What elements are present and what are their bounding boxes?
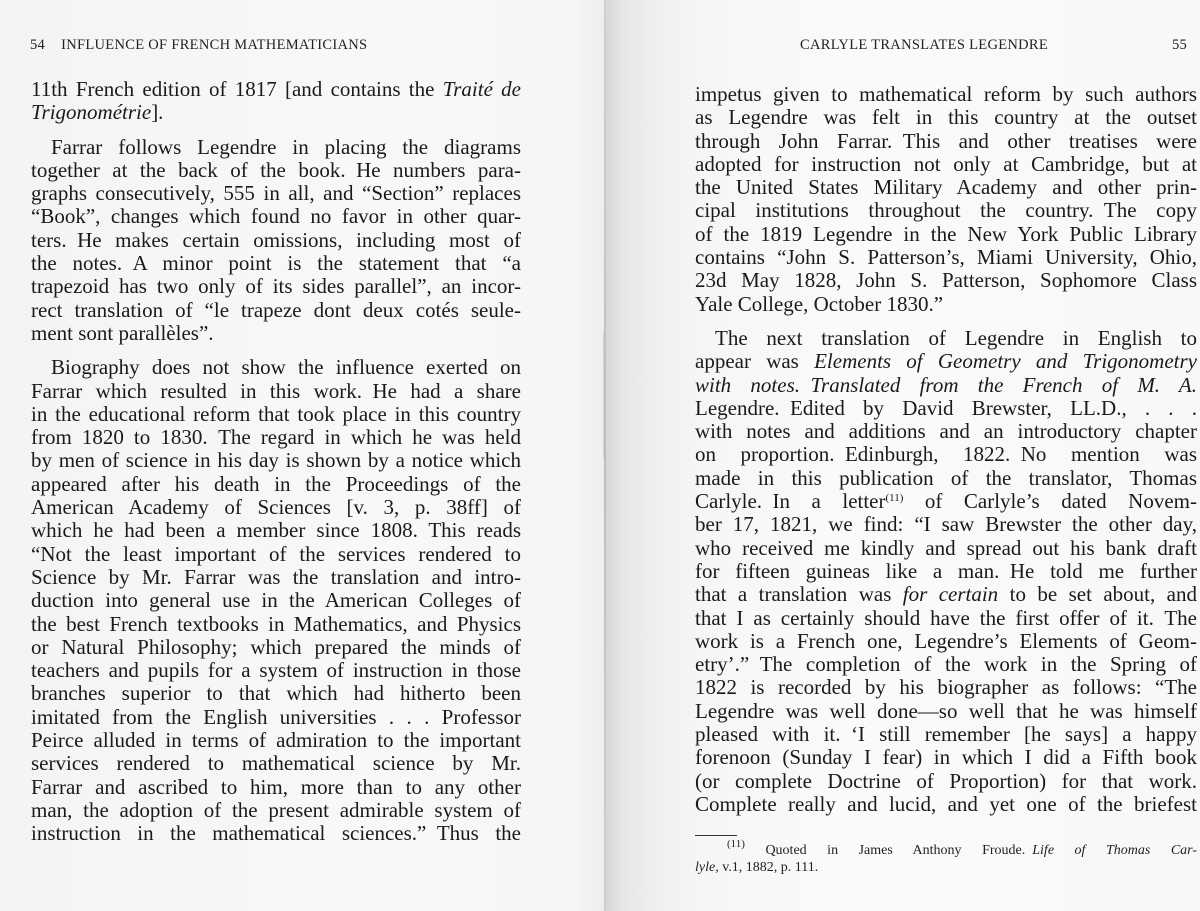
text-line: together at the back of the book. He num… [31,159,521,182]
text-line: “Book”, changes which found no favor in … [31,205,521,228]
page-number: 55 [1172,37,1187,54]
text-line: Trigonométrie]. [31,101,521,124]
text-line: graphs consecutively, 555 in all, and “S… [31,182,521,205]
text-line: Peirce alluded in terms of admiration to… [31,729,521,752]
text-line: appeared after his death in the Proceedi… [31,473,521,496]
text-line: instruction in the mathematical sciences… [31,822,521,845]
text-line: 11th French edition of 1817 [and contain… [31,78,521,101]
text-line: teachers and pupils for a system of inst… [31,659,521,682]
text-line: Carlyle. In a letter(11) of Carlyle’s da… [695,490,1197,513]
text-line: Biography does not show the influence ex… [31,356,521,379]
running-head-title: INFLUENCE OF FRENCH MATHEMATICIANS [61,37,367,53]
text-line: trapezoid has two only of its sides para… [31,275,521,298]
running-head-title: CARLYLE TRANSLATES LEGENDRE [800,37,1048,53]
footnote-line: lyle, v.1, 1882, p. 111. [695,859,1197,876]
right-body-text: impetus given to mathematical reform by … [695,83,1197,827]
binding-crease [603,330,608,460]
paragraph: Farrar follows Legendre in placing the d… [31,136,521,346]
footnote-reference: (11) [727,838,745,850]
left-body-text: 11th French edition of 1817 [and contain… [31,78,521,857]
text-line: ment sont parallèles”. [31,322,521,345]
page-number: 54 [30,37,45,53]
text-line: made in this publication of the translat… [695,467,1197,490]
text-line: Complete really and lucid, and yet one o… [695,793,1197,816]
text-line: Legendre. Edited by David Brewster, LL.D… [695,397,1197,420]
text-line: cipal institutions throughout the countr… [695,199,1197,222]
italic-text: Elements of Geometry and Trigonometry [814,349,1197,373]
text-line: Yale College, October 1830.” [695,293,1197,316]
left-running-head: 54INFLUENCE OF FRENCH MATHEMATICIANS [30,37,367,54]
text-line: that I as certainly should have the firs… [695,607,1197,630]
text-line: Science by Mr. Farrar was the translatio… [31,566,521,589]
text-line: Farrar which resulted in this work. He h… [31,380,521,403]
text-line: etry’.” The completion of the work in th… [695,653,1197,676]
paragraph: Biography does not show the influence ex… [31,356,521,845]
left-page: 54INFLUENCE OF FRENCH MATHEMATICIANS 11t… [0,0,605,911]
text-line: appear was Elements of Geometry and Trig… [695,350,1197,373]
text-line: by men of science in his day is shown by… [31,449,521,472]
text-line: services rendered to mathematical scienc… [31,752,521,775]
text-line: the United States Military Academy and o… [695,176,1197,199]
text-line: the notes. A minor point is the statemen… [31,252,521,275]
paragraph: The next translation of Legendre in Engl… [695,327,1197,816]
italic-text: with notes. Translated from the French o… [695,373,1197,397]
text-line: the best French textbooks in Mathematics… [31,613,521,636]
footnote-line: (11) Quoted in James Anthony Froude. Lif… [695,842,1197,859]
book-spread: 54INFLUENCE OF FRENCH MATHEMATICIANS 11t… [0,0,1200,911]
text-line: contains “John S. Patterson’s, Miami Uni… [695,246,1197,269]
text-line: that a translation was for certain to be… [695,583,1197,606]
text-line: adopted for instruction not only at Camb… [695,153,1197,176]
text-line: 23d May 1828, John S. Patterson, Sophomo… [695,269,1197,292]
text-line: pleased with it. ‘I still remember [he s… [695,723,1197,746]
text-line: branches superior to that which had hith… [31,682,521,705]
right-running-head: CARLYLE TRANSLATES LEGENDRE55 [800,37,1048,54]
footnote-reference: (11) [886,492,904,504]
text-line: who received me kindly and spread out hi… [695,537,1197,560]
italic-text: Traité de [443,77,521,101]
text-line: or Natural Philosophy; which prepared th… [31,636,521,659]
italic-text: lyle, [695,860,719,875]
text-line: work is a French one, Legendre’s Element… [695,630,1197,653]
footnote: (11) Quoted in James Anthony Froude. Lif… [695,842,1197,876]
text-line: (or complete Doctrine of Proportion) for… [695,770,1197,793]
text-line: Legendre was well done—so well that he w… [695,700,1197,723]
paragraph: 11th French edition of 1817 [and contain… [31,78,521,125]
text-line: man, the adoption of the present admirab… [31,799,521,822]
text-line: rect translation of “le trapeze dont deu… [31,299,521,322]
text-line: with notes. Translated from the French o… [695,374,1197,397]
italic-text: Life of Thomas Car- [1032,843,1197,858]
text-line: of the 1819 Legendre in the New York Pub… [695,223,1197,246]
text-line: which he had been a member since 1808. T… [31,519,521,542]
italic-text: for certain [903,582,998,606]
text-line: ters. He makes certain omissions, includ… [31,229,521,252]
text-line: with notes and additions and an introduc… [695,420,1197,443]
text-line: American Academy of Sciences [v. 3, p. 3… [31,496,521,519]
text-line: The next translation of Legendre in Engl… [695,327,1197,350]
text-line: impetus given to mathematical reform by … [695,83,1197,106]
text-line: on proportion. Edinburgh, 1822. No menti… [695,443,1197,466]
text-line: Farrar and ascribed to him, more than to… [31,776,521,799]
text-line: Farrar follows Legendre in placing the d… [31,136,521,159]
text-line: 1822 is recorded by his biographer as fo… [695,676,1197,699]
right-page: CARLYLE TRANSLATES LEGENDRE55 impetus gi… [605,0,1200,911]
text-line: “Not the least important of the services… [31,543,521,566]
text-line: ber 17, 1821, we find: “I saw Brewster t… [695,513,1197,536]
text-line: through John Farrar. This and other trea… [695,130,1197,153]
text-line: for fifteen guineas like a man. He told … [695,560,1197,583]
footnote-rule [695,835,737,836]
text-line: duction into general use in the American… [31,589,521,612]
text-line: imitated from the English universities .… [31,706,521,729]
text-line: from 1820 to 1830. The regard in which h… [31,426,521,449]
text-line: as Legendre was felt in this country at … [695,106,1197,129]
italic-text: Trigonométrie [31,100,151,124]
text-line: in the educational reform that took plac… [31,403,521,426]
text-line: forenoon (Sunday I fear) in which I did … [695,746,1197,769]
paragraph: impetus given to mathematical reform by … [695,83,1197,316]
